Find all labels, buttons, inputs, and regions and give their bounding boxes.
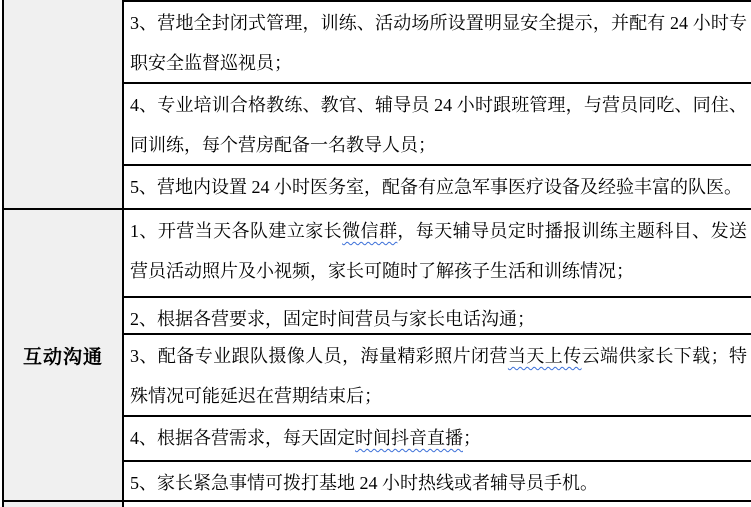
table-row-next-section [124, 500, 751, 507]
document-page: 互动沟通 3、营地全封闭式管理，训练、活动场所设置明显安全提示，并配有 24 小… [0, 0, 751, 507]
table-row-safety-item-3: 3、营地全封闭式管理，训练、活动场所设置明显安全提示，并配有 24 小时专职安全… [124, 0, 751, 82]
spellcheck-wavy-text: 微信群 [342, 221, 397, 241]
table-row-interaction-item-1: 1、开营当天各队建立家长微信群，每天辅导员定时播报训练主题科目、发送营员活动照片… [124, 208, 751, 296]
camp-services-table: 互动沟通 3、营地全封闭式管理，训练、活动场所设置明显安全提示，并配有 24 小… [2, 0, 751, 507]
item-text: ； [463, 428, 481, 448]
spellcheck-wavy-text: 时间抖音直播 [355, 428, 463, 448]
table-row-interaction-item-5: 5、家长紧急事情可拨打基地 24 小时热线或者辅导员手机。 [124, 460, 751, 500]
table-row-interaction-item-3: 3、配备专业跟队摄像人员，海量精彩照片闭营当天上传云端供家长下载；特殊情况可能延… [124, 333, 751, 415]
spellcheck-wavy-text: 当天上传 [508, 346, 582, 366]
item-text: 3、配备专业跟队摄像人员，海量精彩照片闭营 [130, 346, 508, 366]
item-text: 4、根据各营需求，每天固定 [130, 428, 355, 448]
item-text: 5、营地内设置 24 小时医务室，配备有应急军事医疗设备及经验丰富的队医。 [130, 177, 742, 197]
table-row-safety-item-5: 5、营地内设置 24 小时医务室，配备有应急军事医疗设备及经验丰富的队医。 [124, 164, 751, 208]
item-text: 4、专业培训合格教练、教官、辅导员 24 小时跟班管理，与营员同吃、同住、同训练… [130, 95, 747, 155]
section-label-cell-next [4, 500, 124, 507]
item-text: 5、家长紧急事情可拨打基地 24 小时热线或者辅导员手机。 [130, 473, 598, 493]
item-text: 1、开营当天各队建立家长 [130, 221, 342, 241]
table-row-safety-item-4: 4、专业培训合格教练、教官、辅导员 24 小时跟班管理，与营员同吃、同住、同训练… [124, 82, 751, 164]
section-label: 互动沟通 [23, 342, 103, 369]
item-text: 3、营地全封闭式管理，训练、活动场所设置明显安全提示，并配有 24 小时专职安全… [130, 13, 747, 73]
section-label-cell-previous [4, 0, 124, 208]
table-row-interaction-item-4: 4、根据各营需求，每天固定时间抖音直播； [124, 415, 751, 460]
table-row-interaction-item-2: 2、根据各营要求，固定时间营员与家长电话沟通； [124, 296, 751, 333]
item-text: 2、根据各营要求，固定时间营员与家长电话沟通； [130, 309, 535, 329]
section-label-cell-interaction: 互动沟通 [4, 208, 124, 500]
